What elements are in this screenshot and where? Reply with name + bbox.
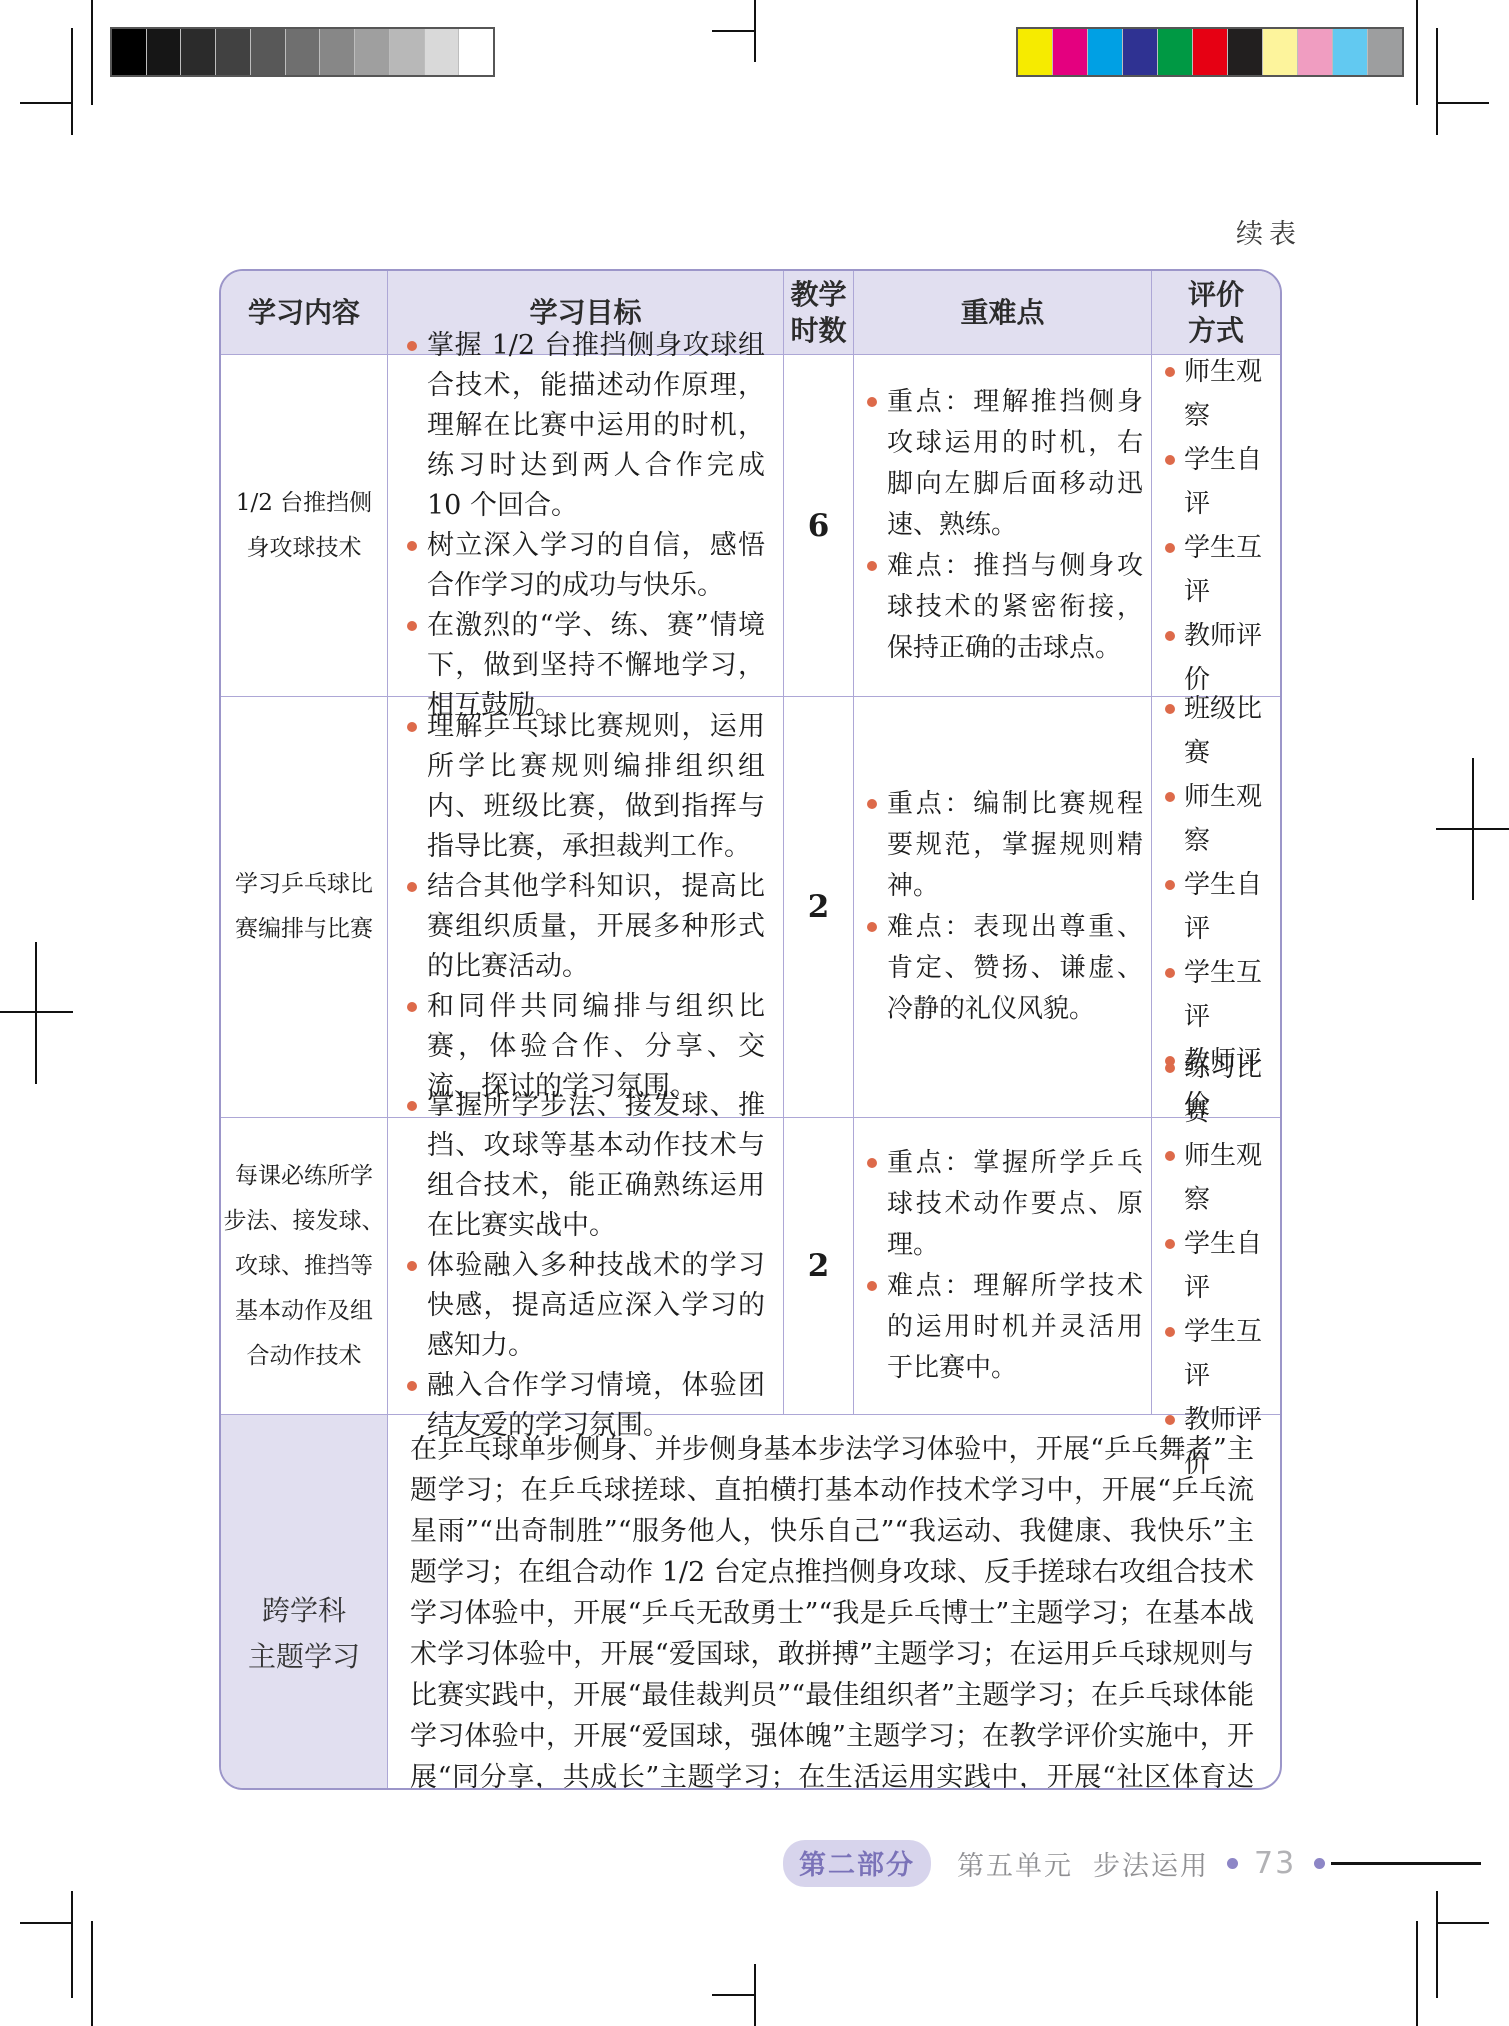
row-hours: 2 bbox=[784, 697, 854, 1118]
cross-discipline-text: 在乒乓球单步侧身、并步侧身基本步法学习体验中，开展“乒乓舞者”主题学习；在乒乓球… bbox=[388, 1415, 1280, 1790]
row-key-points: 重点：编制比赛规程要规范，掌握规则精神。 难点：表现出尊重、肯定、赞扬、谦虚、冷… bbox=[854, 697, 1152, 1118]
goal-item: 结合其他学科知识，提高比赛组织质量，开展多种形式的比赛活动。 bbox=[427, 871, 765, 982]
header-key-difficulties: 重难点 bbox=[854, 271, 1152, 355]
swatch bbox=[425, 29, 459, 75]
bullet-icon bbox=[407, 541, 417, 551]
evaluation-item: 学生自评 bbox=[1184, 445, 1262, 519]
bullet-icon bbox=[1165, 1063, 1175, 1073]
bullet-icon bbox=[407, 1002, 417, 1012]
bullet-icon bbox=[407, 1381, 417, 1391]
topic-label: 步法运用 bbox=[1093, 1844, 1209, 1883]
dot-icon bbox=[1227, 1858, 1238, 1869]
bullet-icon bbox=[867, 1281, 877, 1291]
swatch bbox=[1088, 29, 1122, 75]
page-number: 73 bbox=[1254, 1846, 1296, 1881]
row-content: 学习乒乓球比 赛编排与比赛 bbox=[221, 697, 388, 1118]
bullet-icon bbox=[407, 621, 417, 631]
key-point-item: 重点：理解推挡侧身攻球运用的时机，右脚向左脚后面移动迅速、熟练。 bbox=[887, 387, 1143, 540]
evaluation-item: 学生自评 bbox=[1184, 870, 1262, 944]
bullet-icon bbox=[1165, 968, 1175, 978]
key-point-item: 重点：掌握所学乒乓球技术动作要点、原理。 bbox=[887, 1148, 1143, 1260]
evaluation-item: 学生互评 bbox=[1184, 958, 1262, 1032]
bullet-icon bbox=[1165, 792, 1175, 802]
key-point-item: 难点：表现出尊重、肯定、赞扬、谦虚、冷静的礼仪风貌。 bbox=[887, 912, 1143, 1024]
grayscale-calibration-bar bbox=[110, 27, 495, 77]
row-goals: 理解乒乓球比赛规则，运用所学比赛规则编排组织组内、班级比赛，做到指挥与指导比赛，… bbox=[388, 697, 784, 1118]
bullet-icon bbox=[1165, 1327, 1175, 1337]
bullet-icon bbox=[1165, 455, 1175, 465]
unit-label: 第五单元 bbox=[957, 1844, 1073, 1883]
bullet-icon bbox=[1165, 1239, 1175, 1249]
row-key-points: 重点：掌握所学乒乓球技术动作要点、原理。 难点：理解所学技术的运用时机并灵活用于… bbox=[854, 1118, 1152, 1415]
swatch bbox=[1053, 29, 1087, 75]
goal-item: 融入合作学习情境，体验团结友爱的学习氛围。 bbox=[427, 1370, 765, 1441]
bullet-icon bbox=[407, 1261, 417, 1271]
swatch bbox=[147, 29, 181, 75]
key-point-item: 难点：理解所学技术的运用时机并灵活用于比赛中。 bbox=[887, 1271, 1143, 1383]
bullet-icon bbox=[867, 397, 877, 407]
swatch bbox=[216, 29, 250, 75]
evaluation-item: 练习比赛 bbox=[1184, 1053, 1262, 1127]
swatch bbox=[112, 29, 146, 75]
header-teaching-hours: 教学 时数 bbox=[784, 271, 854, 355]
swatch bbox=[1123, 29, 1157, 75]
swatch bbox=[459, 29, 493, 75]
continued-table-label: 续表 bbox=[1216, 212, 1302, 251]
row-key-points: 重点：理解推挡侧身攻球运用的时机，右脚向左脚后面移动迅速、熟练。 难点：推挡与侧… bbox=[854, 355, 1152, 697]
bullet-icon bbox=[407, 1101, 417, 1111]
cross-discipline-label: 跨学科 主题学习 bbox=[221, 1415, 388, 1790]
bullet-icon bbox=[1165, 367, 1175, 377]
key-point-item: 重点：编制比赛规程要规范，掌握规则精神。 bbox=[887, 789, 1143, 901]
bullet-icon bbox=[1165, 543, 1175, 553]
bullet-icon bbox=[1165, 631, 1175, 641]
goal-item: 理解乒乓球比赛规则，运用所学比赛规则编排组织组内、班级比赛，做到指挥与指导比赛，… bbox=[427, 711, 765, 862]
evaluation-item: 教师评价 bbox=[1184, 621, 1262, 695]
swatch bbox=[390, 29, 424, 75]
swatch bbox=[1298, 29, 1332, 75]
goal-item: 树立深入学习的自信，感悟合作学习的成功与快乐。 bbox=[427, 530, 765, 601]
page-footer: 第二部分 第五单元 步法运用 73 bbox=[783, 1840, 1481, 1886]
row-goals: 掌握所学步法、接发球、推挡、攻球等基本动作技术与组合技术，能正确熟练运用在比赛实… bbox=[388, 1118, 784, 1415]
bullet-icon bbox=[867, 561, 877, 571]
goal-item: 掌握所学步法、接发球、推挡、攻球等基本动作技术与组合技术，能正确熟练运用在比赛实… bbox=[427, 1090, 765, 1241]
bullet-icon bbox=[867, 799, 877, 809]
footer-rule bbox=[1331, 1862, 1481, 1865]
evaluation-item: 班级比赛 bbox=[1184, 694, 1262, 768]
row-goals: 掌握 1/2 台推挡侧身攻球组合技术，能描述动作原理，理解在比赛中运用的时机，练… bbox=[388, 355, 784, 697]
evaluation-item: 学生互评 bbox=[1184, 533, 1262, 607]
evaluation-item: 学生自评 bbox=[1184, 1229, 1262, 1303]
bullet-icon bbox=[1165, 1151, 1175, 1161]
bullet-icon bbox=[1165, 704, 1175, 714]
bullet-icon bbox=[407, 882, 417, 892]
color-calibration-bar bbox=[1016, 27, 1404, 77]
swatch bbox=[355, 29, 389, 75]
header-learning-content: 学习内容 bbox=[221, 271, 388, 355]
swatch bbox=[320, 29, 354, 75]
evaluation-item: 师生观察 bbox=[1184, 1141, 1262, 1215]
swatch bbox=[1368, 29, 1402, 75]
goal-item: 体验融入多种技战术的学习快感，提高适应深入学习的感知力。 bbox=[427, 1250, 765, 1361]
key-point-item: 难点：推挡与侧身攻球技术的紧密衔接，保持正确的击球点。 bbox=[887, 551, 1143, 663]
swatch bbox=[1228, 29, 1262, 75]
evaluation-item: 教师评价 bbox=[1184, 1405, 1262, 1479]
book-page: 续表 学习内容 学习目标 教学 时数 重难点 评价 方式 1/2 台推挡侧 身攻… bbox=[0, 0, 1509, 2026]
evaluation-item: 学生互评 bbox=[1184, 1317, 1262, 1391]
swatch bbox=[1333, 29, 1367, 75]
swatch bbox=[251, 29, 285, 75]
goal-item: 在激烈的“学、练、赛”情境下，做到坚持不懈地学习，相互鼓励。 bbox=[427, 610, 765, 721]
swatch bbox=[286, 29, 320, 75]
bullet-icon bbox=[407, 722, 417, 732]
swatch bbox=[1263, 29, 1297, 75]
evaluation-item: 师生观察 bbox=[1184, 782, 1262, 856]
part-badge: 第二部分 bbox=[783, 1840, 931, 1887]
goal-item: 掌握 1/2 台推挡侧身攻球组合技术，能描述动作原理，理解在比赛中运用的时机，练… bbox=[427, 330, 765, 521]
header-evaluation-method: 评价 方式 bbox=[1152, 271, 1280, 355]
row-evaluation: 师生观察 学生自评 学生互评 教师评价 bbox=[1152, 355, 1280, 697]
row-hours: 2 bbox=[784, 1118, 854, 1415]
bullet-icon bbox=[1165, 880, 1175, 890]
row-evaluation: 练习比赛 师生观察 学生自评 学生互评 教师评价 bbox=[1152, 1118, 1280, 1415]
swatch bbox=[1193, 29, 1227, 75]
swatch bbox=[1158, 29, 1192, 75]
row-content: 1/2 台推挡侧 身攻球技术 bbox=[221, 355, 388, 697]
evaluation-item: 师生观察 bbox=[1184, 357, 1262, 431]
bullet-icon bbox=[867, 1158, 877, 1168]
bullet-icon bbox=[1165, 1415, 1175, 1425]
curriculum-table: 学习内容 学习目标 教学 时数 重难点 评价 方式 1/2 台推挡侧 身攻球技术… bbox=[219, 269, 1282, 1790]
row-content: 每课必练所学 步法、接发球、 攻球、推挡等 基本动作及组 合动作技术 bbox=[221, 1118, 388, 1415]
bullet-icon bbox=[407, 341, 417, 351]
dot-icon bbox=[1314, 1858, 1325, 1869]
swatch bbox=[1018, 29, 1052, 75]
bullet-icon bbox=[867, 922, 877, 932]
swatch bbox=[181, 29, 215, 75]
row-hours: 6 bbox=[784, 355, 854, 697]
